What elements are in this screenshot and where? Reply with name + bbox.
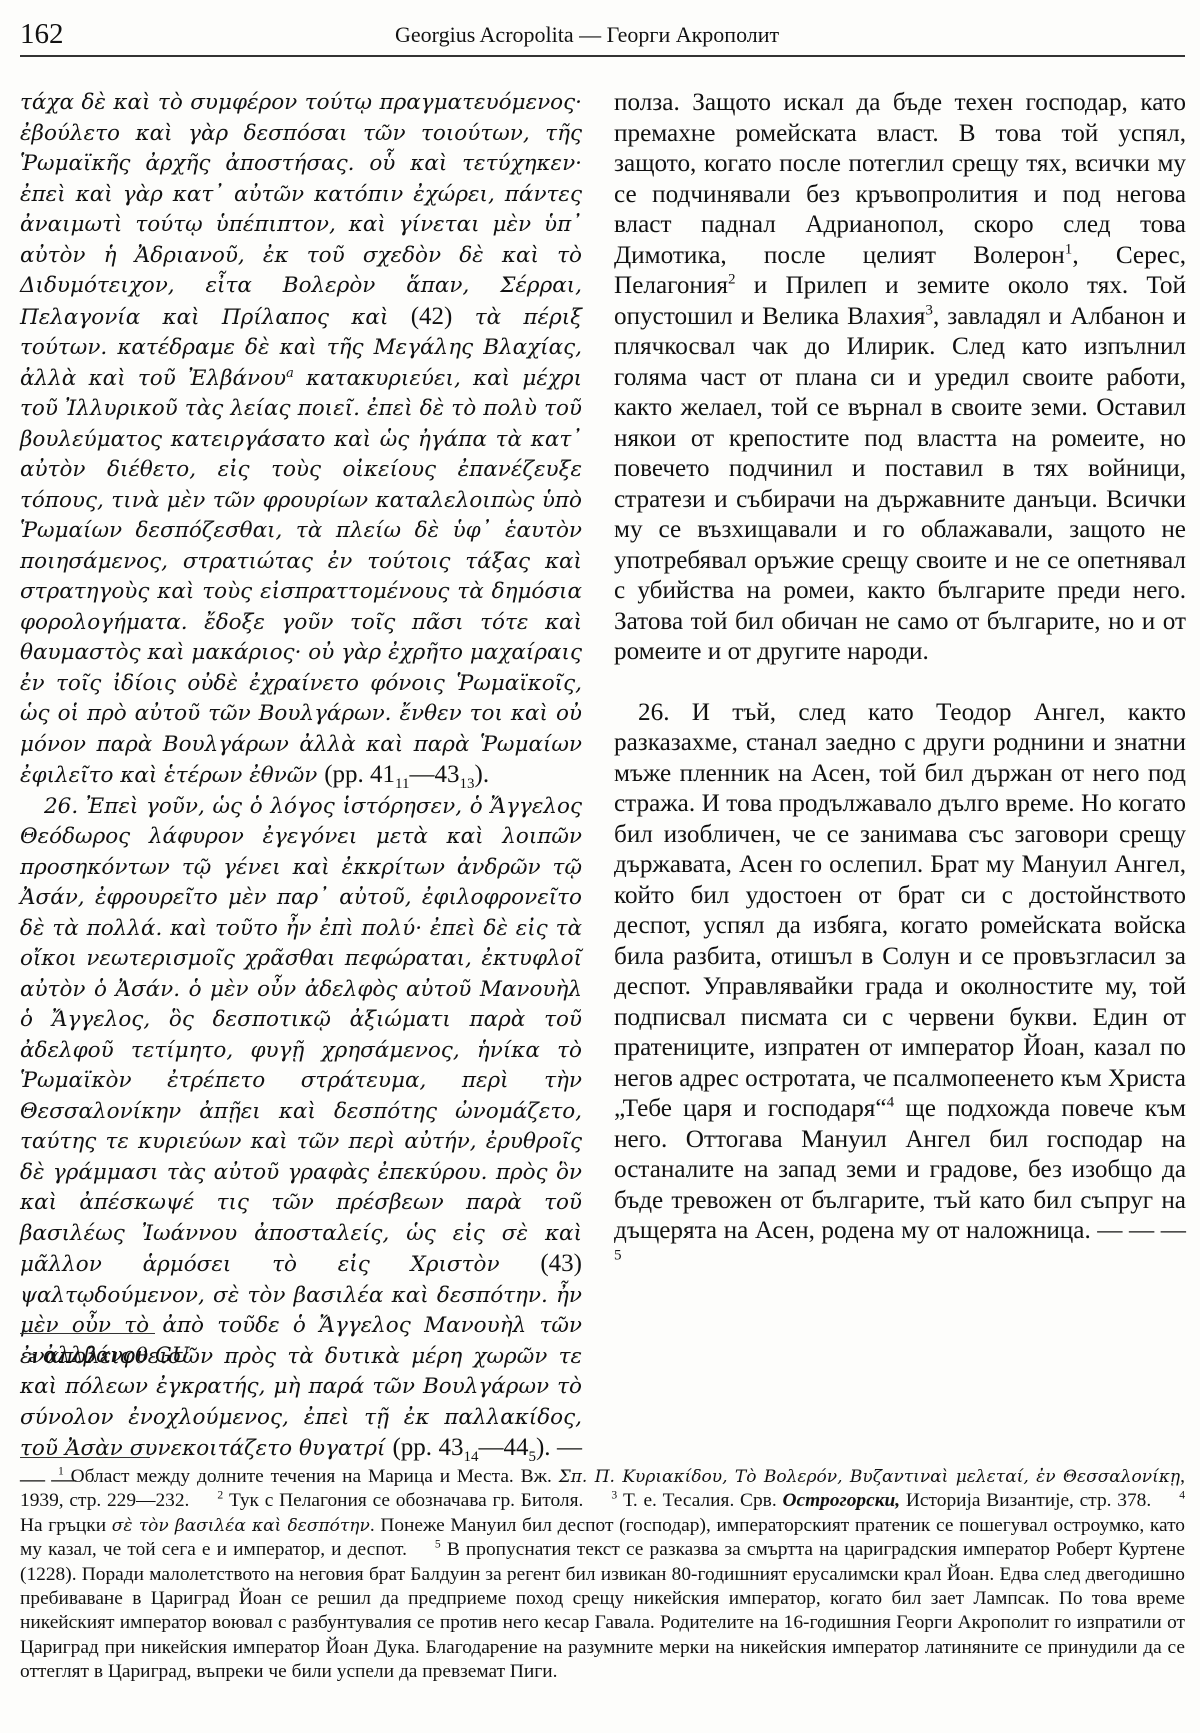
footnote-number-5: 5 xyxy=(435,1538,441,1551)
footnote-5-text: В пропуснатия текст се разказва за смърт… xyxy=(20,1539,1185,1682)
footnote-1-greek-citation: Σπ. Π. Κυριακίδου, Τὸ Βολερόν, Βυζαντινα… xyxy=(559,1467,1180,1487)
header-rule xyxy=(20,55,1185,57)
page-reference-43: (43) xyxy=(540,1250,582,1277)
footnote-4-text: На гръцки xyxy=(20,1515,106,1536)
running-title: Georgius Acropolita — Георги Акрополит xyxy=(395,22,779,48)
bulgarian-paragraph-1: полза. Защото искал да бъде техен господ… xyxy=(614,88,1186,668)
page-number: 162 xyxy=(20,18,64,51)
apparatus-rule xyxy=(20,1333,155,1334)
apparatus-marker-a: a xyxy=(286,365,294,380)
greek-text: 26. Ἐπεὶ γοῦν, ὡς ὁ λόγος ἱστόρησεν, ὁ Ἄ… xyxy=(20,794,582,1278)
running-head: 162 Georgius Acropolita — Георги Акропол… xyxy=(20,10,1185,50)
document-page: 162 Georgius Acropolita — Георги Акропол… xyxy=(0,0,1200,1733)
footnote-number-1: 1 xyxy=(58,1465,64,1478)
footnote-4-greek: σὲ τὸν βασιλέα καὶ δεσπότην xyxy=(112,1516,370,1536)
greek-text-column: τάχα δὲ καὶ τὸ συμφέρον τούτῳ πραγματευό… xyxy=(20,88,582,1496)
greek-paragraph-26: 26. Ἐπεὶ γοῦν, ὡς ὁ λόγος ἱστόρησεν, ὁ Ἄ… xyxy=(20,792,582,1497)
footnote-3-text: Т. е. Тесалия. Срв. xyxy=(623,1490,777,1511)
footnote-ref-4[interactable]: 4 xyxy=(887,1095,895,1111)
footnote-rule xyxy=(20,1457,150,1458)
footnote-ref-5[interactable]: 5 xyxy=(614,1247,622,1263)
bulgarian-paragraph-26: 26. И тъй, след като Теодор Ангел, както… xyxy=(614,698,1186,1278)
footnote-block: 1 Област между долните течения на Марица… xyxy=(20,1465,1185,1685)
greek-paragraph-1: τάχα δὲ καὶ τὸ συμφέρον τούτῳ πραγματευό… xyxy=(20,88,582,792)
footnote-number-4: 4 xyxy=(1179,1489,1185,1502)
footnote-number-2: 2 xyxy=(217,1489,223,1502)
bulgarian-translation-column: полза. Защото искал да бъде техен господ… xyxy=(614,88,1186,1277)
footnote-3-author: Острогорски, xyxy=(782,1490,900,1511)
page-reference-42: (42) xyxy=(411,303,453,330)
critical-apparatus: aἀλλβάνου GU xyxy=(28,1343,189,1367)
apparatus-mark: a xyxy=(28,1346,37,1366)
greek-text: τάχα δὲ καὶ τὸ συμφέρον τούτῳ πραγματευό… xyxy=(20,90,582,330)
footnote-ref-3[interactable]: 3 xyxy=(925,302,933,318)
footnote-1-text: Област между долните течения на Марица и… xyxy=(71,1466,552,1487)
footnote-number-3: 3 xyxy=(611,1489,617,1502)
footnote-2-text: Тук с Пелагония се обозначава гр. Битоля… xyxy=(229,1490,583,1511)
footnotes: 1 Област между долните течения на Марица… xyxy=(20,1465,1185,1685)
apparatus-text: ἀλλβάνου GU xyxy=(43,1343,189,1367)
greek-text: κατακυριεύει, καὶ μέχρι τοῦ Ἰλλυρικοῦ τὰ… xyxy=(20,366,582,789)
footnote-ref-2[interactable]: 2 xyxy=(728,272,736,288)
page-range-reference-1: (pp. 4111—4313). xyxy=(324,761,489,788)
